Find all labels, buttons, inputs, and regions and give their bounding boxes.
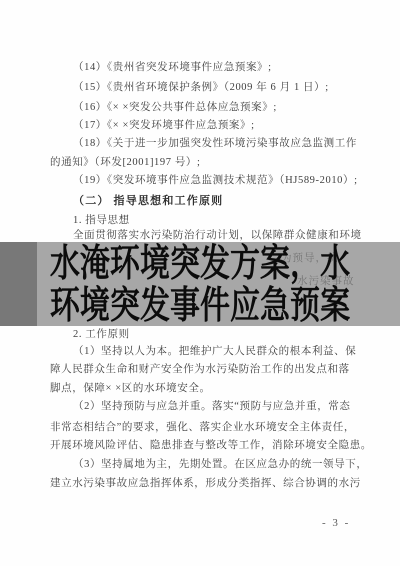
overlay-left-strip — [0, 242, 37, 326]
subsection-1-title: 1. 指导思想 — [73, 214, 130, 227]
section-heading: （二） 指导思想和工作原则 — [73, 195, 223, 208]
doc-line-principle-2b: 非常态相结合”的要求，强化、落实企业水环境安全主体责任， — [50, 421, 355, 434]
doc-line-principle-2c: 开展环境风险评估、隐患排查与整改等工作，消除环境安全隐患。 — [50, 439, 372, 452]
doc-line-ref-15: （15）《贵州省环境保护条例》（2009 年 6 月 1 日）; — [73, 81, 329, 94]
doc-line-ref-18: （18）《关于进一步加强突发性环境污染事故应急监测工作 — [73, 137, 357, 150]
title-overlay-band: 为预导，统 水污染事故 水淹环境突发方案，水 环境突发事件应急预案 — [0, 242, 400, 326]
subsection-2-title: 2. 工作原则 — [73, 328, 130, 341]
doc-line-principle-2: （2）坚持预防与应急并重。落实“预防与应急并重，常态 — [73, 400, 351, 413]
overlay-title-line1: 水淹环境突发方案，水 — [42, 243, 358, 283]
document-page: （14）《贵州省突发环境事件应急预案》; （15）《贵州省环境保护条例》（200… — [0, 0, 400, 566]
doc-line-principle-3: （3）坚持属地为主，先期处置。在区应急办的统一领导下， — [73, 458, 367, 471]
doc-line-ref-14: （14）《贵州省突发环境事件应急预案》; — [73, 61, 272, 74]
doc-line-ref-19: （19）《突发环境事件应急监测技术规范》（HJ589-2010）; — [73, 174, 358, 187]
doc-line-principle-1b: 障人民群众生命和财产安全作为水污染防治工作的出发点和落 — [50, 363, 350, 376]
doc-line-ref-17: （17）《× ×突发环境事件应急预案》; — [73, 119, 255, 132]
doc-line-ref-16: （16）《× ×突发公共事件总体应急预案》; — [73, 101, 277, 114]
doc-line-principle-1c: 脚点，保障× ×区的水环境安全。 — [50, 382, 211, 395]
doc-line-principle-3b: 建立水污染事故应急指挥体系，形成分类指挥、综合协调的水污 — [50, 477, 361, 490]
overlay-title-line2: 环境突发事件应急预案 — [42, 285, 358, 325]
doc-line-principle-1: （1）坚持以人为本。把维护广大人民群众的根本利益、保 — [73, 345, 356, 358]
doc-line-ref-18-cont: 的通知》（环发[2001]197 号）; — [50, 156, 201, 169]
page-number: - 3 - — [322, 517, 350, 529]
